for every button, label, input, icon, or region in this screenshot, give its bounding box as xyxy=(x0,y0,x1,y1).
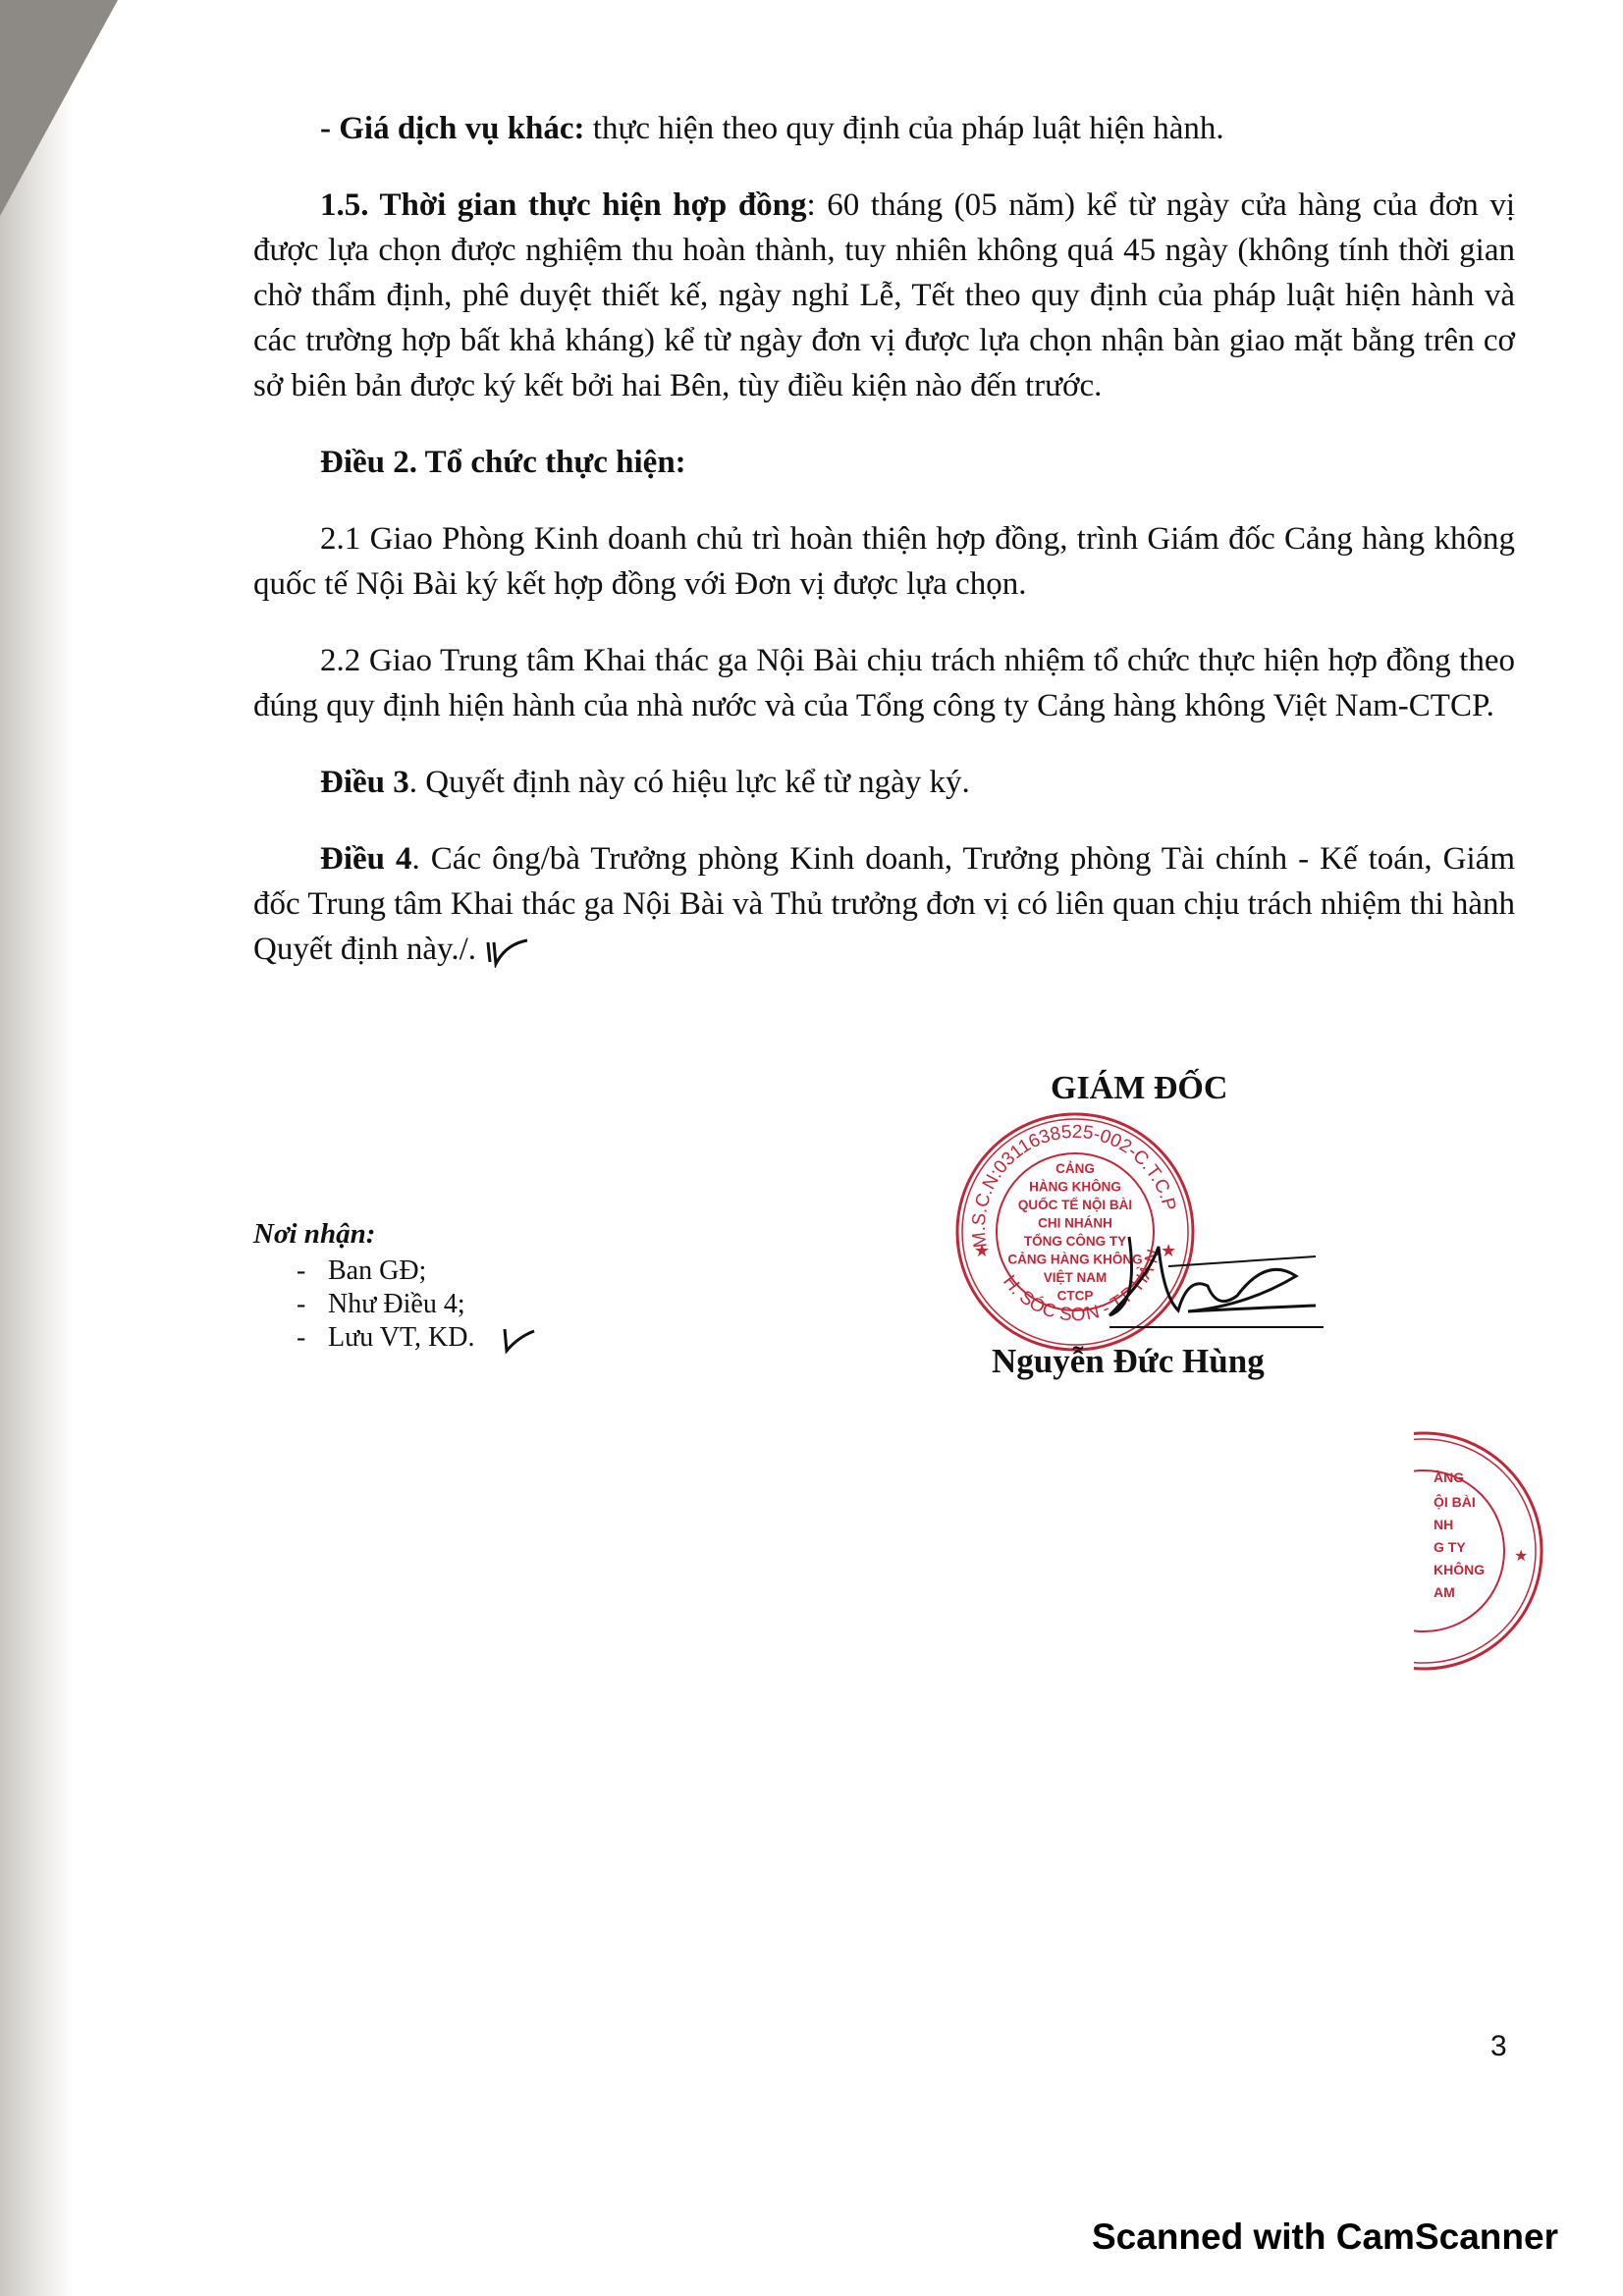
svg-text:G TY: G TY xyxy=(1434,1539,1466,1555)
recipient-item: Lưu VT, KD. xyxy=(297,1321,538,1355)
recipients-block: Nơi nhận: Ban GĐ; Như Điều 4; Lưu VT, KD… xyxy=(253,1217,538,1355)
svg-text:QUỐC TẾ NỘI BÀI: QUỐC TẾ NỘI BÀI xyxy=(1018,1198,1132,1212)
recipient-item: Ban GĐ; xyxy=(297,1255,538,1288)
article-4: Điều 4. Các ông/bà Trưởng phòng Kinh doa… xyxy=(253,836,1515,972)
svg-text:HÀNG KHÔNG: HÀNG KHÔNG xyxy=(1029,1180,1121,1195)
svg-text:NH: NH xyxy=(1434,1517,1453,1532)
article-2-heading: Điều 2. Tổ chức thực hiện: xyxy=(253,440,1515,485)
signatory-name: Nguyễn Đức Hùng xyxy=(992,1342,1265,1381)
recipient-item: Như Điều 4; xyxy=(297,1288,538,1321)
paragraph-2-1: 2.1 Giao Phòng Kinh doanh chủ trì hoàn t… xyxy=(253,516,1515,607)
initials-mark-icon xyxy=(499,1325,538,1355)
article-3: Điều 3. Quyết định này có hiệu lực kể từ… xyxy=(253,760,1515,805)
svg-text:ỘI BÀI: ỘI BÀI xyxy=(1434,1493,1476,1510)
handwritten-signature-icon xyxy=(1070,1217,1325,1335)
paragraph-other-services: - Giá dịch vụ khác: thực hiện theo quy đ… xyxy=(253,106,1515,151)
document-body: - Giá dịch vụ khác: thực hiện theo quy đ… xyxy=(253,106,1515,972)
scan-shadow xyxy=(0,0,74,2296)
svg-text:★: ★ xyxy=(974,1241,990,1260)
signatory-title: GIÁM ĐỐC xyxy=(1051,1070,1227,1107)
recipients-label: Nơi nhận: xyxy=(253,1217,538,1251)
page-number: 3 xyxy=(1490,2030,1507,2063)
initials-mark-icon xyxy=(484,934,533,968)
svg-text:AM: AM xyxy=(1434,1584,1455,1600)
svg-text:★: ★ xyxy=(1514,1548,1528,1565)
scanner-watermark: Scanned with CamScanner xyxy=(1092,2216,1558,2258)
paragraph-contract-duration: 1.5. Thời gian thực hiện hợp đồng: 60 th… xyxy=(253,183,1515,408)
partial-seal-icon: ★ ÀNG ỘI BÀI NH G TY KHÔNG AM xyxy=(1414,1423,1551,1679)
svg-text:ÀNG: ÀNG xyxy=(1434,1469,1464,1485)
svg-text:CẢNG: CẢNG xyxy=(1055,1161,1095,1176)
signature-block: M.S.C.N:0311638525-002-C.T.C.P H. SÓC SƠ… xyxy=(943,1070,1335,1394)
folded-corner xyxy=(0,0,118,216)
paragraph-2-2: 2.2 Giao Trung tâm Khai thác ga Nội Bài … xyxy=(253,638,1515,728)
svg-text:KHÔNG: KHÔNG xyxy=(1434,1561,1485,1577)
